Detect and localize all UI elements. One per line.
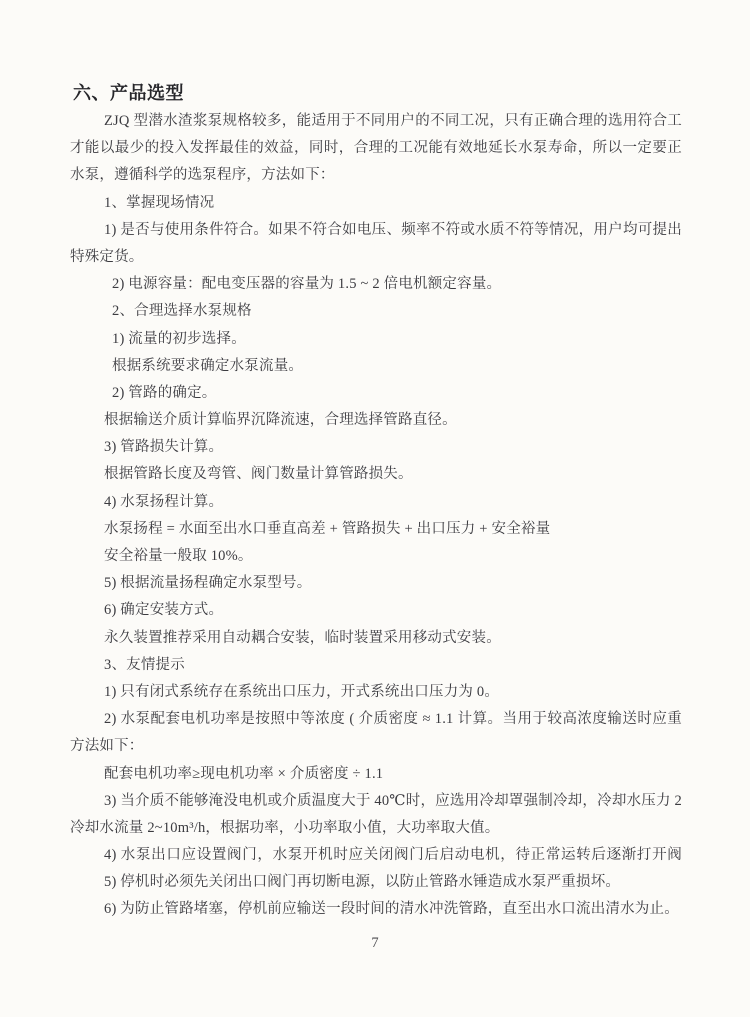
text-line: 根据管路长度及弯管、阀门数量计算管路损失。 [70, 461, 682, 488]
text-line: 2) 电源容量：配电变压器的容量为 1.5 ~ 2 倍电机额定容量。 [70, 271, 682, 298]
text-line: ZJQ 型潜水渣浆泵规格较多，能适用于不同用户的不同工况，只有正确合理的选用符合… [70, 108, 682, 135]
text-line: 6) 确定安装方式。 [70, 597, 682, 624]
text-line: 安全裕量一般取 10%。 [70, 543, 682, 570]
text-line: 4) 水泵出口应设置阀门，水泵开机时应关闭阀门后启动电机，待正常运转后逐渐打开阀… [70, 842, 682, 869]
text-line: 根据系统要求确定水泵流量。 [70, 353, 682, 380]
text-line: 方法如下： [70, 733, 682, 760]
text-line: 5) 根据流量扬程确定水泵型号。 [70, 570, 682, 597]
text-line: 1) 是否与使用条件符合。如果不符合如电压、频率不符或水质不符等情况，用户均可提… [70, 217, 682, 244]
text-line: 2) 水泵配套电机功率是按照中等浓度 ( 介质密度 ≈ 1.1 计算。当用于较高… [70, 706, 682, 733]
text-line: 才能以最少的投入发挥最佳的效益，同时，合理的工况能有效地延长水泵寿命，所以一定要… [70, 135, 682, 162]
text-line: 4) 水泵扬程计算。 [70, 489, 682, 516]
text-line: 5) 停机时必须先关闭出口阀门再切断电源，以防止管路水锤造成水泵严重损坏。 [70, 869, 682, 896]
text-line: 6) 为防止管路堵塞，停机前应输送一段时间的清水冲洗管路，直至出水口流出清水为止… [70, 896, 682, 923]
text-line: 3、友情提示 [70, 652, 682, 679]
page-number: 7 [0, 933, 750, 953]
text-line: 1) 流量的初步选择。 [70, 326, 682, 353]
text-line: 特殊定货。 [70, 244, 682, 271]
text-line: 水泵扬程 = 水面至出水口垂直高差 + 管路损失 + 出口压力 + 安全裕量 [70, 516, 682, 543]
text-line: 永久装置推荐采用自动耦合安装，临时装置采用移动式安装。 [70, 625, 682, 652]
text-line: 水泵，遵循科学的选泵程序，方法如下： [70, 162, 682, 189]
text-line: 冷却水流量 2~10m³/h，根据功率，小功率取小值，大功率取大值。 [70, 815, 682, 842]
text-line: 配套电机功率≥现电机功率 × 介质密度 ÷ 1.1 [70, 761, 682, 788]
text-line: 2) 管路的确定。 [70, 380, 682, 407]
text-line: 根据输送介质计算临界沉降流速，合理选择管路直径。 [70, 407, 682, 434]
text-line: 2、合理选择水泵规格 [70, 298, 682, 325]
section-title: 六、产品选型 [73, 80, 184, 107]
text-line: 3) 当介质不能够淹没电机或介质温度大于 40℃时，应选用冷却罩强制冷却，冷却水… [70, 788, 682, 815]
document-page: 六、产品选型 ZJQ 型潜水渣浆泵规格较多，能适用于不同用户的不同工况，只有正确… [0, 0, 750, 1017]
text-line: 1、掌握现场情况 [70, 190, 682, 217]
document-body: ZJQ 型潜水渣浆泵规格较多，能适用于不同用户的不同工况，只有正确合理的选用符合… [70, 108, 682, 924]
text-line: 1) 只有闭式系统存在系统出口压力，开式系统出口压力为 0。 [70, 679, 682, 706]
text-line: 3) 管路损失计算。 [70, 434, 682, 461]
